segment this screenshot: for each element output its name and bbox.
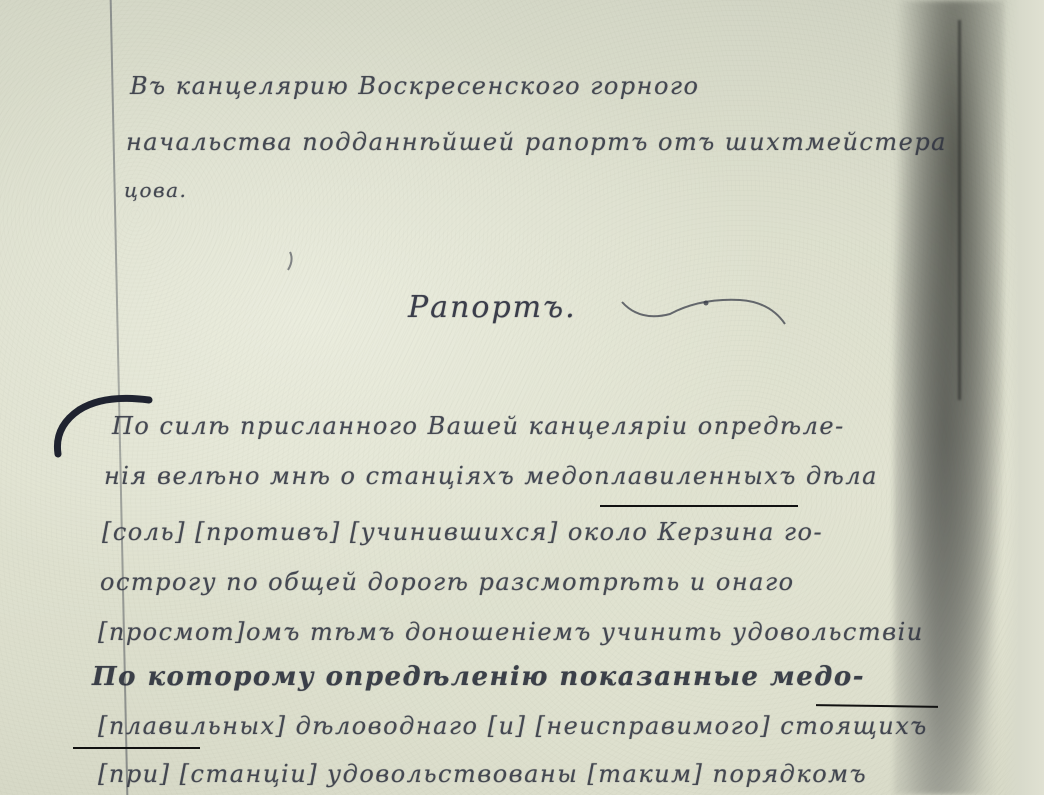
ink-mark-icon <box>280 250 300 274</box>
body-line-6: По которому опредѣленію показанные медо- <box>92 662 865 692</box>
body-line-1: По силѣ присланного Вашей канцеляріи опр… <box>112 412 845 440</box>
heading-flourish-icon <box>620 292 790 332</box>
stain-edge-line <box>958 20 961 400</box>
header-line-3: цова. <box>124 178 187 202</box>
body-line-4: острогу по общей дорогѣ разсмотрѣть и он… <box>100 568 795 596</box>
header-line-2: начальства подданнѣйшей рапортъ отъ шихт… <box>126 128 947 156</box>
body-line-8: [при] [станціи] удовольствованы [таким] … <box>98 760 867 788</box>
body-line-2: нія велѣно мнѣ о станціяхъ медоплавиленн… <box>104 462 878 490</box>
water-stain <box>894 0 1004 795</box>
document-heading: Рапортъ. <box>408 290 577 325</box>
annotation-underline-3 <box>73 747 200 749</box>
annotation-underline-1 <box>600 505 798 507</box>
body-line-5: [просмот]омъ тѣмъ доношеніемъ учинить уд… <box>98 618 924 646</box>
body-line-7: [плавильных] дѣловоднаго [и] [неисправим… <box>98 712 928 740</box>
page-right-edge <box>1004 0 1044 795</box>
body-line-3: [соль] [противъ] [учинившихся] около Кер… <box>102 518 823 546</box>
header-line-1: Въ канцелярию Воскресенского горного <box>130 72 700 100</box>
